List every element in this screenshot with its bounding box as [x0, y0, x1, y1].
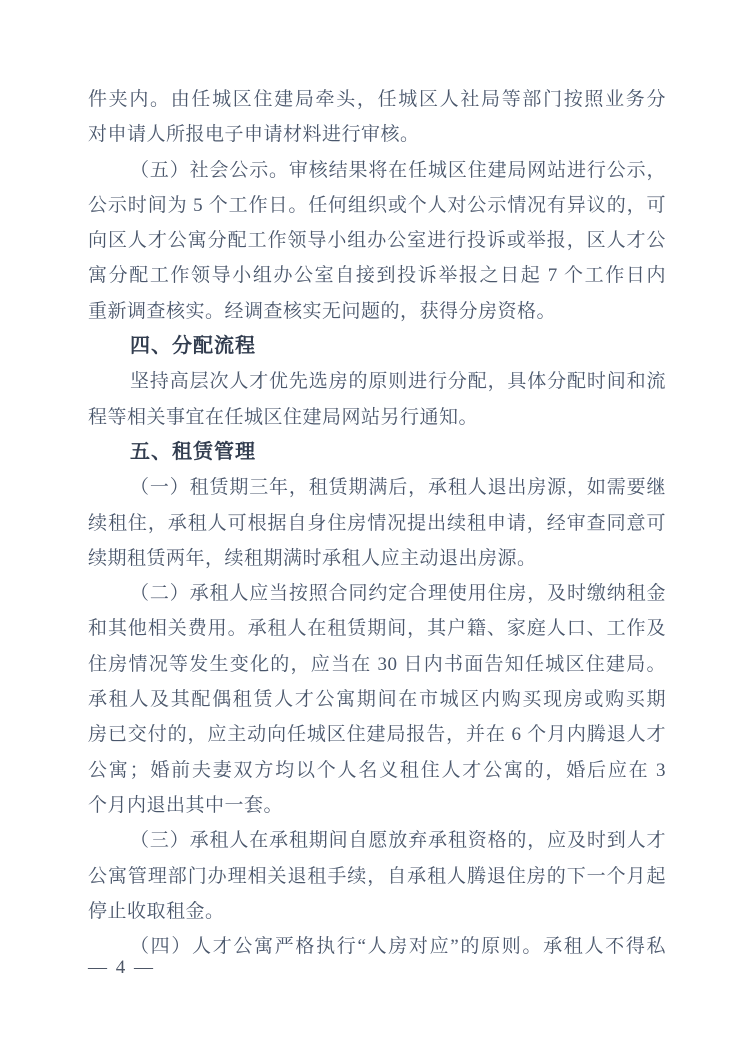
section-heading-allocation-process: 四、分配流程 — [88, 329, 666, 364]
page-number: — 4 — — [88, 953, 155, 983]
text-line: （三）承租人在承租期间自愿放弃承租资格的，应及时到人才 — [88, 823, 666, 858]
text-line: 停止收取租金。 — [88, 894, 666, 929]
section-heading-rental-management: 五、租赁管理 — [88, 435, 666, 470]
text-line: 公寓；婚前夫妻双方均以个人名义租住人才公寓的，婚后应在 3 — [88, 753, 666, 788]
text-line: （二）承租人应当按照合同约定合理使用住房，及时缴纳租金 — [88, 576, 666, 611]
text-line: 件夹内。由任城区住建局牵头，任城区人社局等部门按照业务分工， — [88, 82, 666, 117]
text-line: 重新调查核实。经调查核实无问题的，获得分房资格。 — [88, 294, 666, 329]
text-line: 程等相关事宜在任城区住建局网站另行通知。 — [88, 400, 666, 435]
text-line: 房已交付的，应主动向任城区住建局报告，并在 6 个月内腾退人才 — [88, 717, 666, 752]
text-line: 个月内退出其中一套。 — [88, 788, 666, 823]
text-line: 和其他相关费用。承租人在租赁期间，其户籍、家庭人口、工作及 — [88, 611, 666, 646]
text-line: 寓分配工作领导小组办公室自接到投诉举报之日起 7 个工作日内 — [88, 258, 666, 293]
text-line: 续租住，承租人可根据自身住房情况提出续租申请，经审查同意可 — [88, 506, 666, 541]
text-line: 住房情况等发生变化的，应当在 30 日内书面告知任城区住建局。 — [88, 647, 666, 682]
text-line: 坚持高层次人才优先选房的原则进行分配，具体分配时间和流 — [88, 364, 666, 399]
text-line: （五）社会公示。审核结果将在任城区住建局网站进行公示， — [88, 153, 666, 188]
text-line: 承租人及其配偶租赁人才公寓期间在市城区内购买现房或购买期 — [88, 682, 666, 717]
text-line: （一）租赁期三年，租赁期满后，承租人退出房源，如需要继 — [88, 470, 666, 505]
text-line: （四）人才公寓严格执行“人房对应”的原则。承租人不得私 — [88, 929, 666, 964]
text-line: 公示时间为 5 个工作日。任何组织或个人对公示情况有异议的，可 — [88, 188, 666, 223]
text-line: 向区人才公寓分配工作领导小组办公室进行投诉或举报，区人才公 — [88, 223, 666, 258]
text-line: 续期租赁两年，续租期满时承租人应主动退出房源。 — [88, 541, 666, 576]
text-line: 公寓管理部门办理相关退租手续，自承租人腾退住房的下一个月起 — [88, 859, 666, 894]
text-line: 对申请人所报电子申请材料进行审核。 — [88, 117, 666, 152]
document-body: 件夹内。由任城区住建局牵头，任城区人社局等部门按照业务分工， 对申请人所报电子申… — [88, 82, 666, 964]
document-page: 件夹内。由任城区住建局牵头，任城区人社局等部门按照业务分工， 对申请人所报电子申… — [0, 0, 740, 1046]
